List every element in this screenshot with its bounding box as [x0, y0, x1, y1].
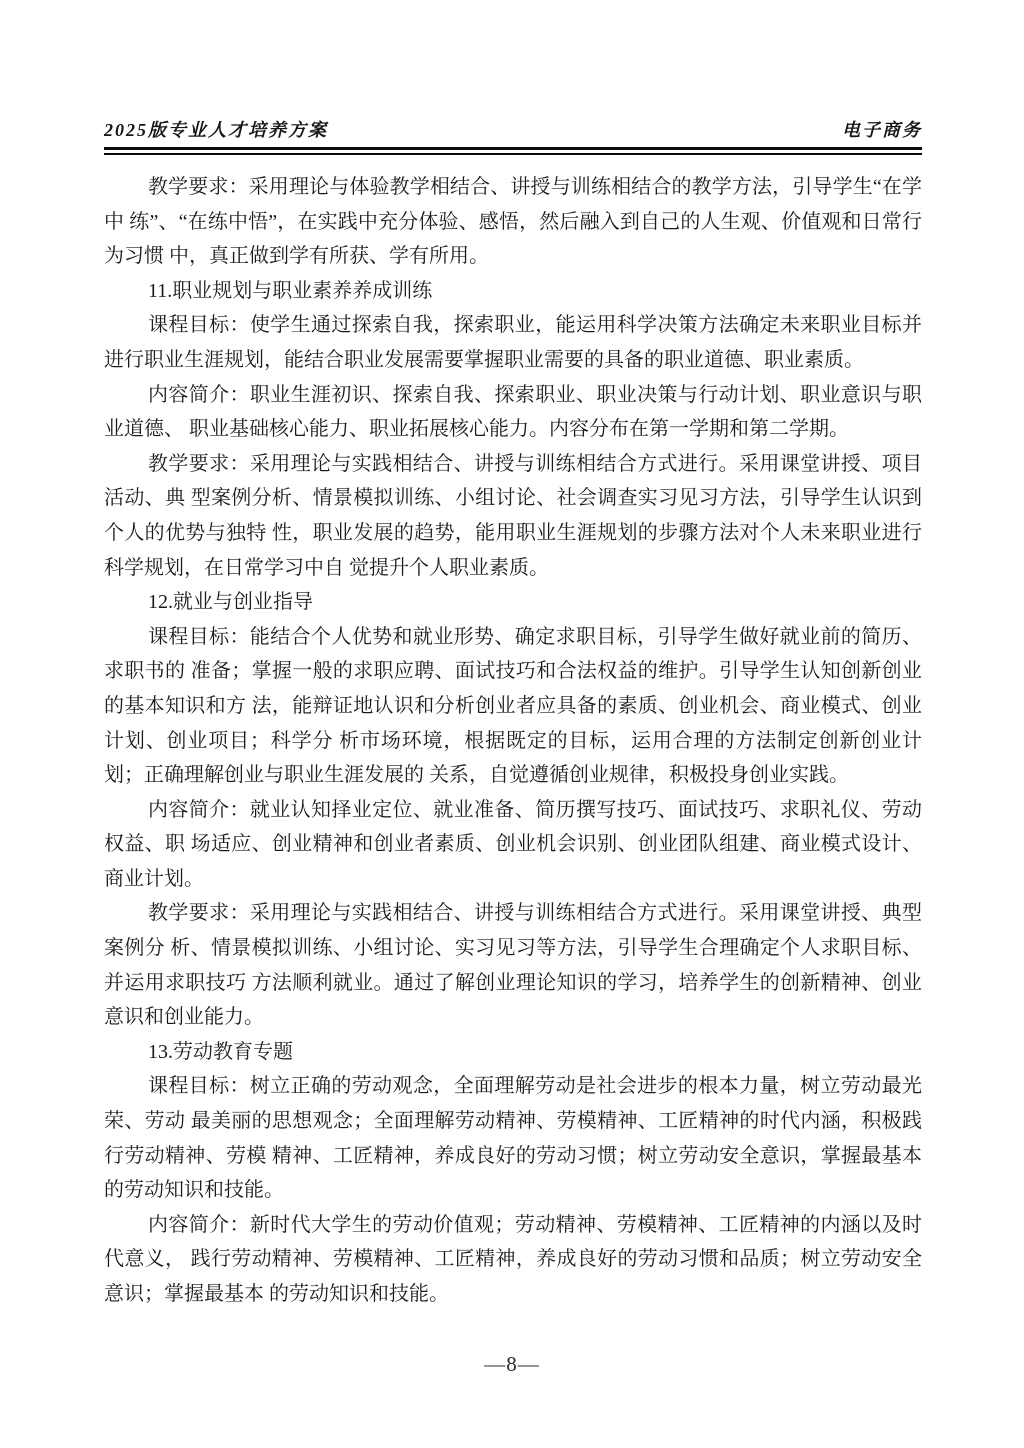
- header-left-title: 2025版专业人才培养方案: [104, 116, 328, 142]
- paragraph-course-objectives-11: 课程目标：使学生通过探索自我，探索职业，能运用科学决策方法确定未来职业目标并进行…: [104, 308, 922, 377]
- section-heading-12-employment-entrepreneurship: 12.就业与创业指导: [104, 585, 922, 620]
- header-double-rule: [104, 147, 922, 155]
- section-heading-11-career-planning: 11.职业规划与职业素养养成训练: [104, 274, 922, 309]
- header-right-title: 电子商务: [842, 116, 922, 142]
- document-page: 2025版专业人才培养方案 电子商务 教学要求：采用理论与体验教学相结合、讲授与…: [0, 0, 1024, 1448]
- paragraph-teaching-requirements-10: 教学要求：采用理论与体验教学相结合、讲授与训练相结合的教学方法，引导学生“在学中…: [104, 170, 922, 274]
- paragraph-content-intro-13: 内容简介：新时代大学生的劳动价值观；劳动精神、劳模精神、工匠精神的内涵以及时代意…: [104, 1208, 922, 1312]
- page-footer: —8—: [0, 1352, 1024, 1377]
- paragraph-content-intro-12: 内容简介：就业认知择业定位、就业准备、简历撰写技巧、面试技巧、求职礼仪、劳动权益…: [104, 793, 922, 897]
- paragraph-teaching-requirements-12: 教学要求：采用理论与实践相结合、讲授与训练相结合方式进行。采用课堂讲授、典型案例…: [104, 896, 922, 1034]
- paragraph-teaching-requirements-11: 教学要求：采用理论与实践相结合、讲授与训练相结合方式进行。采用课堂讲授、项目活动…: [104, 447, 922, 585]
- page-number: —8—: [484, 1352, 540, 1376]
- page-header: 2025版专业人才培养方案 电子商务: [104, 116, 922, 155]
- paragraph-course-objectives-12: 课程目标：能结合个人优势和就业形势、确定求职目标，引导学生做好就业前的简历、求职…: [104, 620, 922, 793]
- paragraph-content-intro-11: 内容简介：职业生涯初识、探索自我、探索职业、职业决策与行动计划、职业意识与职业道…: [104, 378, 922, 447]
- document-body: 教学要求：采用理论与体验教学相结合、讲授与训练相结合的教学方法，引导学生“在学中…: [104, 170, 922, 1312]
- paragraph-course-objectives-13: 课程目标：树立正确的劳动观念，全面理解劳动是社会进步的根本力量，树立劳动最光荣、…: [104, 1069, 922, 1207]
- section-heading-13-labor-education: 13.劳动教育专题: [104, 1035, 922, 1070]
